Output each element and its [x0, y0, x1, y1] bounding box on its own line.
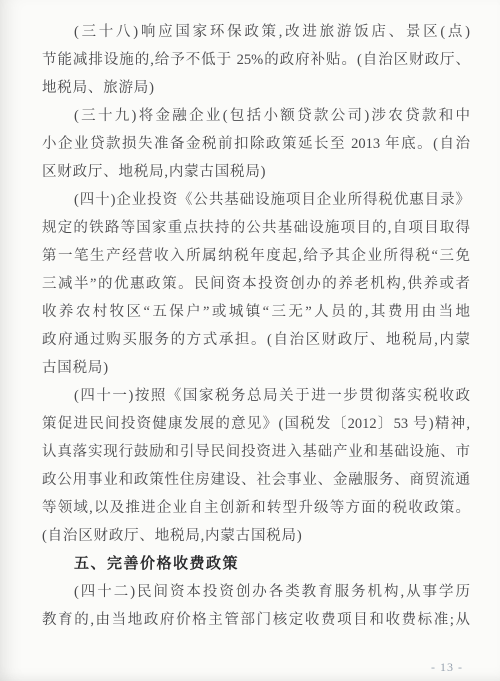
text-line: 小企业贷款损失准备金税前扣除政策延长至 2013 年底。(自治: [42, 130, 470, 158]
text-line: (四十二)民间资本投资创办各类教育服务机构,从事学历: [42, 578, 470, 606]
text-line: 区财政厅、地税局,内蒙古国税局): [42, 158, 470, 186]
text-line: 三减半”的优惠政策。民间资本投资创办的养老机构,供养或者: [42, 270, 470, 298]
document-page: (三十八)响应国家环保政策,改进旅游饭店、景区(点) 节能减排设施的,给予不低于…: [0, 0, 500, 681]
text-line: (三十九)将金融企业(包括小额贷款公司)涉农贷款和中: [42, 102, 470, 130]
text-line: 认真落实现行鼓励和引导民间投资进入基础产业和基础设施、市: [42, 438, 470, 466]
text-line: (四十)企业投资《公共基础设施项目企业所得税优惠目录》: [42, 186, 470, 214]
text-line: 节能减排设施的,给予不低于 25%的政府补贴。(自治区财政厅、: [42, 46, 470, 74]
text-line: 政府通过购买服务的方式承担。(自治区财政厅、地税局,内蒙: [42, 326, 470, 354]
section-heading: 五、完善价格收费政策: [42, 550, 470, 578]
text-line: (三十八)响应国家环保政策,改进旅游饭店、景区(点): [42, 18, 470, 46]
text-line: 第一笔生产经营收入所属纳税年度起,给予其企业所得税“三免: [42, 242, 470, 270]
text-line: 政公用事业和政策性住房建设、社会事业、金融服务、商贸流通: [42, 466, 470, 494]
text-line: 地税局、旅游局): [42, 74, 470, 102]
text-line: 规定的铁路等国家重点扶持的公共基础设施项目的,自项目取得: [42, 214, 470, 242]
page-number: - 13 -: [431, 660, 463, 674]
text-line: 策促进民间投资健康发展的意见》(国税发〔2012〕53 号)精神,: [42, 410, 470, 438]
text-line: 教育的,由当地政府价格主管部门核定收费项目和收费标准;从: [42, 606, 470, 634]
text-line: 古国税局): [42, 354, 470, 382]
text-line: 等领域,以及推进企业自主创新和转型升级等方面的税收政策。: [42, 494, 470, 522]
text-line: 收养农村牧区“五保户”或城镇“三无”人员的,其费用由当地: [42, 298, 470, 326]
document-body: (三十八)响应国家环保政策,改进旅游饭店、景区(点) 节能减排设施的,给予不低于…: [42, 18, 470, 634]
text-line: (四十一)按照《国家税务总局关于进一步贯彻落实税收政: [42, 382, 470, 410]
text-line: (自治区财政厅、地税局,内蒙古国税局): [42, 522, 470, 550]
